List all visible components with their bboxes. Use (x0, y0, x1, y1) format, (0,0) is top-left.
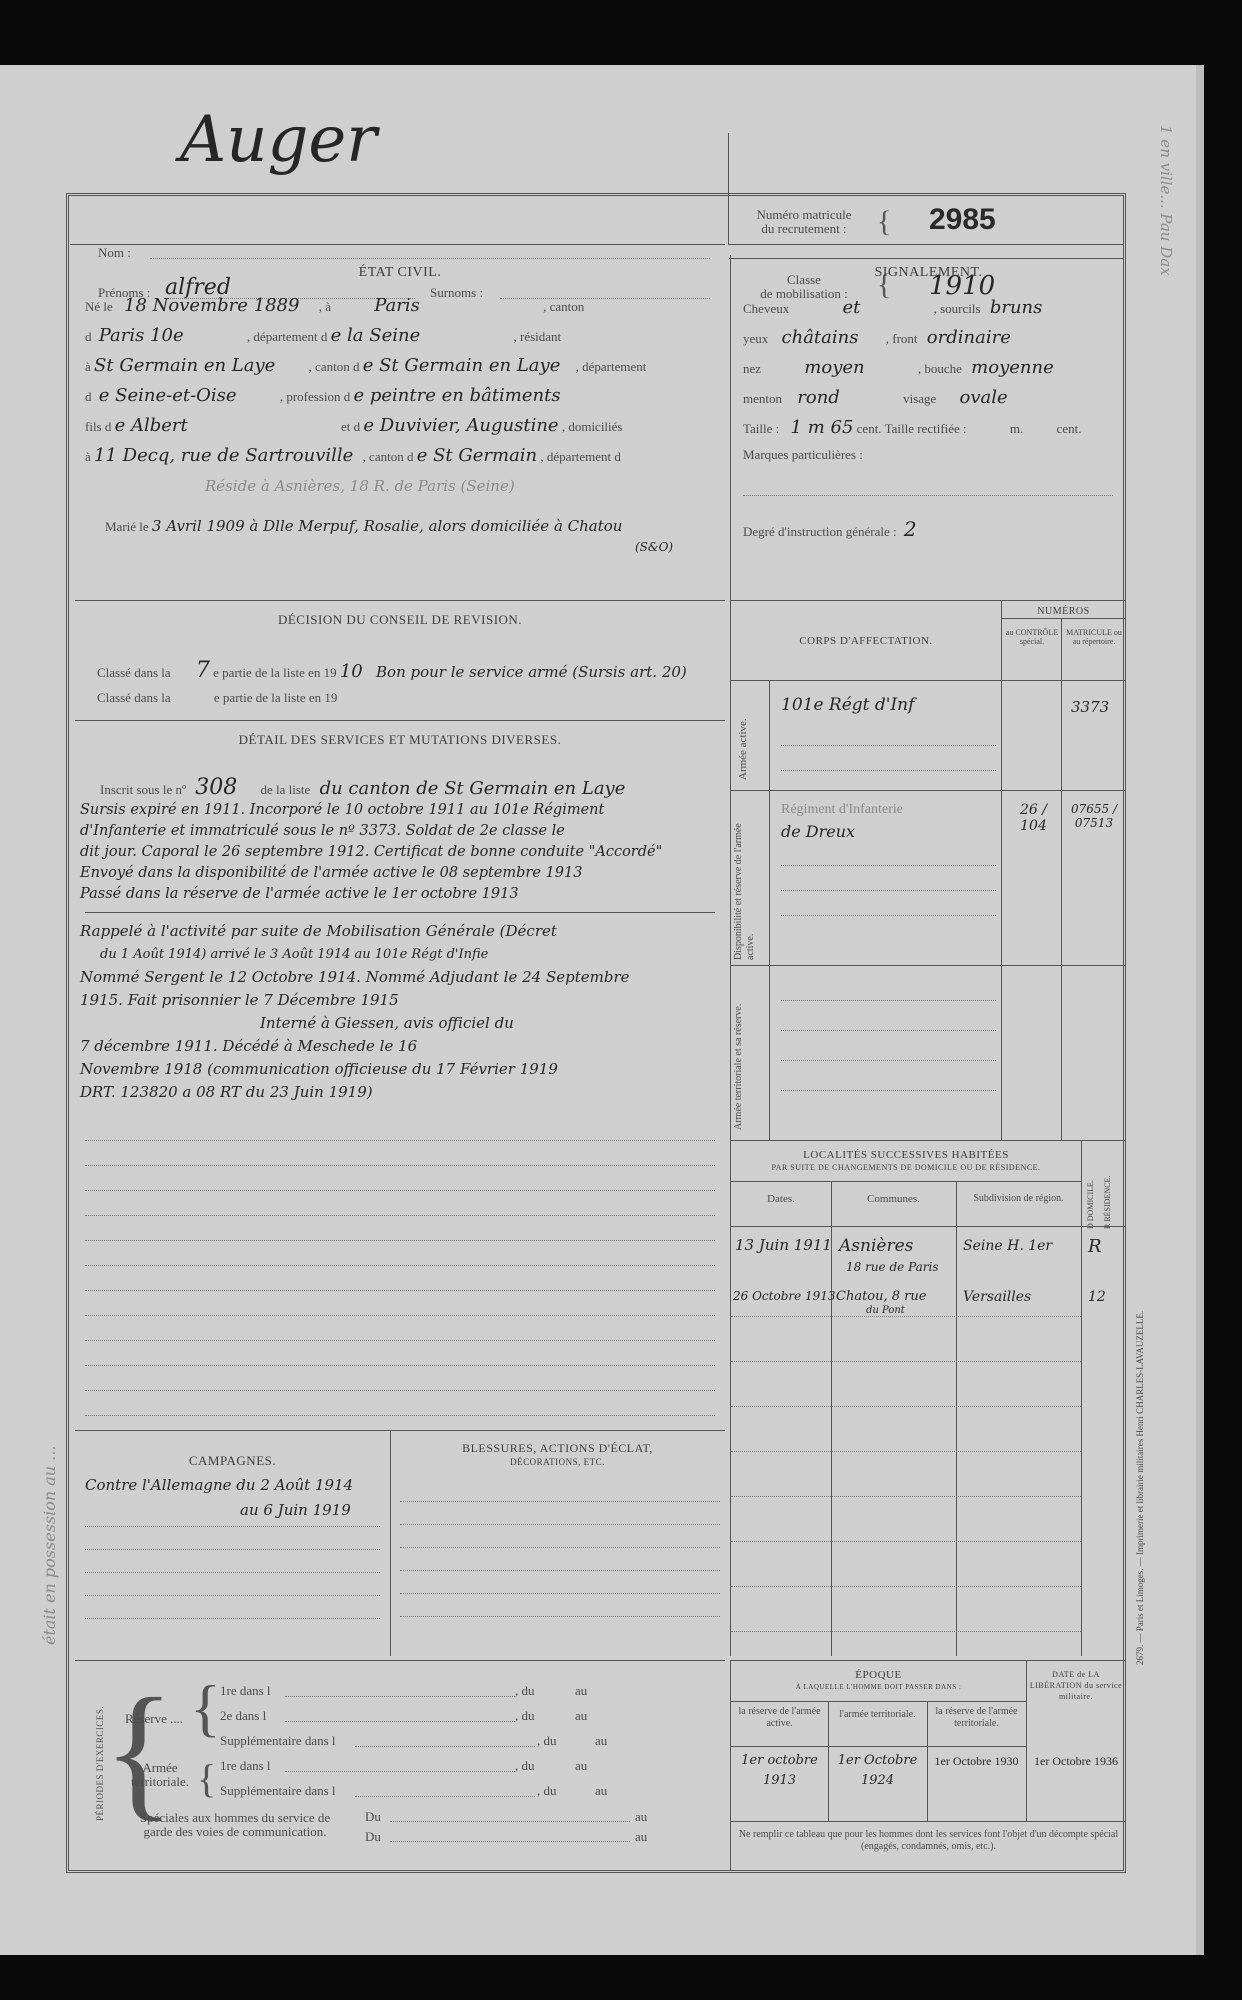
services-line: dit jour. Caporal le 26 septembre 1912. … (80, 842, 720, 863)
col-subdivision-header: Subdivision de région. (956, 1193, 1081, 1204)
col-domicile-header: D DOMICILE. (1086, 1149, 1100, 1229)
cheveux-value: et (842, 297, 860, 318)
col-communes-header: Communes. (831, 1193, 956, 1205)
marie-label: Marié le (105, 519, 149, 534)
ne-le-value: 18 Novembre 1889 (124, 295, 299, 316)
classe-row1-part: 7 (196, 658, 210, 683)
departement-value: e la Seine (331, 325, 421, 346)
residant-prefix: à (85, 359, 91, 374)
marie-suffix: (S&O) (635, 540, 673, 554)
epoque-title: ÉPOQUE (731, 1669, 1026, 1681)
localite-date: 26 Octobre 1913 (733, 1289, 836, 1303)
classe-row1-mid: e partie de la liste en 19 (213, 665, 336, 680)
services-line: du 1 Août 1914) arrivé le 3 Août 1914 au… (80, 943, 720, 966)
campagnes-line-2: au 6 Juin 1919 (240, 1501, 351, 1519)
yeux-value: châtains (782, 327, 859, 348)
domicile-value: 11 Decq, rue de Sartrouville (94, 445, 353, 466)
sourcils-label: , sourcils (934, 301, 981, 316)
residence-annotation: Réside à Asnières, 18 R. de Paris (Seine… (205, 477, 515, 495)
nez-label: nez (743, 361, 761, 376)
canton2-label: , canton d (309, 359, 360, 374)
territoriale-label-periodes: Armée territoriale. (120, 1761, 200, 1789)
matricule-label-2: du recrutement : (739, 222, 869, 236)
a-value: Paris (374, 295, 420, 316)
services-line: DRT. 123820 a 08 RT du 23 Juin 1919) (80, 1081, 720, 1104)
classe-row1-year: 10 (340, 661, 363, 682)
services-title: DÉTAIL DES SERVICES ET MUTATIONS DIVERSE… (75, 732, 725, 748)
localite-date: 13 Juin 1911 (735, 1236, 832, 1254)
cheveux-label: Cheveux (743, 301, 789, 316)
au-label: au (575, 1758, 587, 1773)
services-line: d'Infanterie et immatriculé sous le nº 3… (80, 821, 720, 842)
epoque-col3-value: 1er Octobre 1930 (927, 1751, 1026, 1771)
canton2-value: e St Germain en Laye (363, 355, 561, 376)
front-value: ordinaire (927, 327, 1011, 348)
profession-value: e peintre en bâtiments (353, 385, 560, 406)
matricule-block: Numéro matricule du recrutement : { 2985… (728, 133, 1123, 245)
identity-block: Auger Nom : Prénoms : alfred Surnoms : (70, 133, 725, 245)
surname-value: Auger (180, 103, 377, 177)
canton3-value: e St Germain (417, 445, 537, 466)
domicile-prefix: à (85, 449, 91, 464)
au-label: au (575, 1683, 587, 1698)
right-margin-annotation: 1 en ville... Pau Dax (1135, 125, 1175, 825)
liste-value: du canton de St Germain en Laye (320, 778, 626, 799)
departement-label: , département d (247, 329, 328, 344)
services-block-2: Rappelé à l'activité par suite de Mobili… (80, 920, 720, 1104)
corps-affectation-section: NUMÉROS CORPS D'AFFECTATION. au CONTRÔLE… (730, 600, 1126, 1140)
services-line: 1915. Fait prisonnier le 7 Décembre 1915 (80, 989, 720, 1012)
epoque-section: ÉPOQUE À LAQUELLE L'HOMME DOIT PASSER DA… (730, 1660, 1126, 1871)
localite-commune: Chatou, 8 rue (836, 1289, 926, 1304)
services-section: DÉTAIL DES SERVICES ET MUTATIONS DIVERSE… (75, 720, 725, 1430)
campagnes-blessures-section: CAMPAGNES. Contre l'Allemagne du 2 Août … (75, 1430, 725, 1656)
col-matricule-header: MATRICULE ou au répertoire. (1063, 628, 1125, 646)
localite-row: 26 Octobre 1913 Chatou, 8 rue du Pont Ve… (731, 1289, 1126, 1339)
departement3-label: , département d (540, 449, 621, 464)
canton3-label: , canton d (363, 449, 414, 464)
blessures-title: BLESSURES, ACTIONS D'ÉCLAT, (390, 1441, 725, 1456)
epoque-note: Ne remplir ce tableau que pour les homme… (736, 1829, 1121, 1853)
sourcils-value: bruns (990, 297, 1043, 318)
departement2-prefix: d (85, 389, 92, 404)
epoque-col3-header: la réserve de l'armée territoriale. (927, 1706, 1026, 1730)
classe-row1-label: Classé dans la (97, 665, 171, 680)
mere-value: e Duvivier, Augustine (363, 415, 558, 436)
instruction-value: 2 (904, 517, 917, 541)
taille-label: Taille : (743, 421, 779, 436)
armee-active-label: Armée active. (737, 718, 749, 780)
services-line: Sursis expiré en 1911. Incorporé le 10 o… (80, 800, 720, 821)
au-label: au (575, 1708, 587, 1723)
front-label: , front (886, 331, 918, 346)
du-label: , du (515, 1708, 535, 1723)
territoriale-label: Armée territoriale et sa réserve. (733, 990, 745, 1130)
et-de-label: et d (341, 419, 360, 434)
localite-commune-detail: 18 rue de Paris (846, 1260, 938, 1274)
a-label: , à (319, 299, 331, 314)
residant-label: , résidant (514, 329, 562, 344)
du-label: , du (537, 1783, 557, 1798)
localites-section: LOCALITÉS SUCCESSIVES HABITÉES PAR SUITE… (730, 1140, 1126, 1656)
residant-value: St Germain en Laye (94, 355, 275, 376)
dispo-controle: 26 / 104 (1006, 802, 1061, 834)
armee-active-corps: 101e Régt d'Inf (781, 695, 914, 715)
services-line: Rappelé à l'activité par suite de Mobili… (80, 920, 720, 943)
reserve-row: 1re dans l (220, 1683, 271, 1698)
nez-value: moyen (804, 357, 864, 378)
epoque-col1-value: 1er octobre 1913 (731, 1751, 828, 1791)
dispo-corps-hw: de Dreux (781, 822, 855, 841)
register-page: était en possession au ... 1 en ville...… (0, 65, 1200, 1955)
speciales-label-1: Spéciales aux hommes du service de (115, 1811, 355, 1825)
domicilies-label: , domiciliés (562, 419, 623, 434)
epoque-col1-header: la réserve de l'armée active. (731, 1706, 828, 1730)
yeux-label: yeux (743, 331, 768, 346)
localite-dr: 12 (1088, 1289, 1106, 1305)
localite-subdivision: Seine H. 1er (963, 1238, 1052, 1254)
du-label: Du (365, 1829, 381, 1844)
localite-row: 13 Juin 1911 Asnières 18 rue de Paris Se… (731, 1236, 1126, 1286)
du-label: Du (365, 1809, 381, 1824)
conseil-revision-section: DÉCISION DU CONSEIL DE REVISION. Classé … (75, 600, 725, 721)
du-label: , du (515, 1758, 535, 1773)
inscrit-label: Inscrit sous le nº (100, 782, 186, 797)
localites-title: LOCALITÉS SUCCESSIVES HABITÉES (731, 1149, 1081, 1161)
instruction-label: Degré d'instruction générale : (743, 524, 897, 539)
armee-active-matricule: 3373 (1071, 698, 1109, 716)
etat-civil-title: ÉTAT CIVIL. (75, 265, 725, 281)
classe-row1-note: Bon pour le service armé (Sursis art. 20… (376, 663, 687, 681)
du-label: , du (515, 1683, 535, 1698)
services-line: Envoyé dans la disponibilité de l'armée … (80, 863, 720, 884)
localite-commune: Asnières (839, 1236, 913, 1256)
departement2-value: e Seine-et-Oise (99, 385, 237, 406)
matricule-value: 2985 (929, 203, 996, 237)
au-label: au (595, 1783, 607, 1798)
epoque-subtitle: À LAQUELLE L'HOMME DOIT PASSER DANS : (731, 1683, 1026, 1691)
col-residence-header: R RÉSIDENCE. (1103, 1149, 1117, 1229)
corps-title: CORPS D'AFFECTATION. (731, 635, 1001, 647)
territoriale-row: 1re dans l (220, 1758, 271, 1773)
localites-subtitle: PAR SUITE DE CHANGEMENTS DE DOMICILE OU … (731, 1163, 1081, 1172)
visage-label: visage (903, 391, 936, 406)
services-line: 7 décembre 1911. Décédé à Meschede le 16 (80, 1035, 720, 1058)
bouche-value: moyenne (971, 357, 1054, 378)
date-liberation-value: 1er Octobre 1936 (1026, 1751, 1126, 1771)
du-label: , du (537, 1733, 557, 1748)
menton-label: menton (743, 391, 782, 406)
au-label: au (595, 1733, 607, 1748)
taille-rect-m: m. (1010, 421, 1023, 436)
disponibilite-label: Disponibilité et réserve de l'armée acti… (733, 795, 757, 960)
canton-prefix: d (85, 329, 92, 344)
services-line: Passé dans la réserve de l'armée active … (80, 884, 720, 905)
blessures-subtitle: DÉCORATIONS, ETC. (390, 1457, 725, 1467)
bouche-label: , bouche (918, 361, 962, 376)
speciales-label-2: garde des voies de communication. (115, 1825, 355, 1839)
au-label: au (635, 1829, 647, 1844)
matricule-label-1: Numéro matricule (739, 208, 869, 222)
canton-value: Paris 10e (99, 325, 184, 346)
pere-value: e Albert (115, 415, 188, 436)
menton-value: rond (797, 387, 840, 408)
numeros-title: NUMÉROS (1001, 606, 1126, 617)
canton-label: , canton (543, 299, 584, 314)
col-controle-header: au CONTRÔLE spécial. (1003, 628, 1061, 646)
classe-row2-label: Classé dans la (97, 690, 171, 705)
epoque-col2-value: 1er Octobre 1924 (828, 1751, 927, 1791)
dispo-corps-printed: Régiment d'Infanterie (781, 802, 903, 818)
services-line: Interné à Giessen, avis officiel du (80, 1012, 720, 1035)
visage-value: ovale (960, 387, 1008, 408)
campagnes-line-1: Contre l'Allemagne du 2 Août 1914 (85, 1476, 353, 1494)
marques-label: Marques particulières : (743, 447, 863, 462)
services-line: Nommé Sergent le 12 Octobre 1914. Nommé … (80, 966, 720, 989)
au-label: au (635, 1809, 647, 1824)
fils-label: fils d (85, 419, 111, 434)
services-block-1: Sursis expiré en 1911. Incorporé le 10 o… (80, 800, 720, 905)
signalement-title: SIGNALEMENT. (731, 265, 1126, 281)
taille-value: 1 m 65 (791, 417, 854, 438)
ne-le-label: Né le (85, 299, 113, 314)
signalement-section: SIGNALEMENT. Cheveux et , sourcils bruns… (730, 255, 1126, 601)
localite-subdivision: Versailles (963, 1289, 1031, 1305)
taille-rect-cent: cent. (1057, 421, 1082, 436)
left-margin-annotation: était en possession au ... (40, 1446, 59, 1645)
etat-civil-section: ÉTAT CIVIL. Né le 18 Novembre 1889 , à P… (75, 255, 725, 601)
departement2-label: , département (576, 359, 647, 374)
campagnes-title: CAMPAGNES. (75, 1453, 390, 1469)
reserve-row: Supplémentaire dans l (220, 1733, 336, 1748)
services-line: Novembre 1918 (communication officieuse … (80, 1058, 720, 1081)
printer-imprint: 2679. — Paris et Limoges. — Imprimerie e… (1135, 1065, 1149, 1665)
liste-label: de la liste (261, 782, 311, 797)
inscrit-num: 308 (195, 775, 237, 800)
conseil-title: DÉCISION DU CONSEIL DE REVISION. (75, 612, 725, 628)
periodes-section: PÉRIODES D'EXERCICES. { Réserve .... { 1… (75, 1660, 725, 1871)
territoriale-row: Supplémentaire dans l (220, 1783, 336, 1798)
dispo-matricule: 07655 / 07513 (1063, 802, 1125, 830)
taille-unit: cent. Taille rectifiée : (857, 421, 967, 436)
reserve-label: Réserve .... (125, 1711, 183, 1727)
classe-row2-mid: e partie de la liste en 19 (214, 690, 337, 705)
col-dates-header: Dates. (731, 1193, 831, 1205)
reserve-row: 2e dans l (220, 1708, 266, 1723)
profession-label: , profession d (280, 389, 350, 404)
localite-dr: R (1088, 1236, 1102, 1257)
date-liberation-title: DATE de LA LIBÉRATION du service militai… (1026, 1669, 1126, 1702)
marie-value: 3 Avril 1909 à Dlle Merpuf, Rosalie, alo… (152, 517, 623, 535)
localite-commune-detail: du Pont (866, 1305, 905, 1316)
epoque-col2-header: l'armée territoriale. (828, 1709, 927, 1721)
